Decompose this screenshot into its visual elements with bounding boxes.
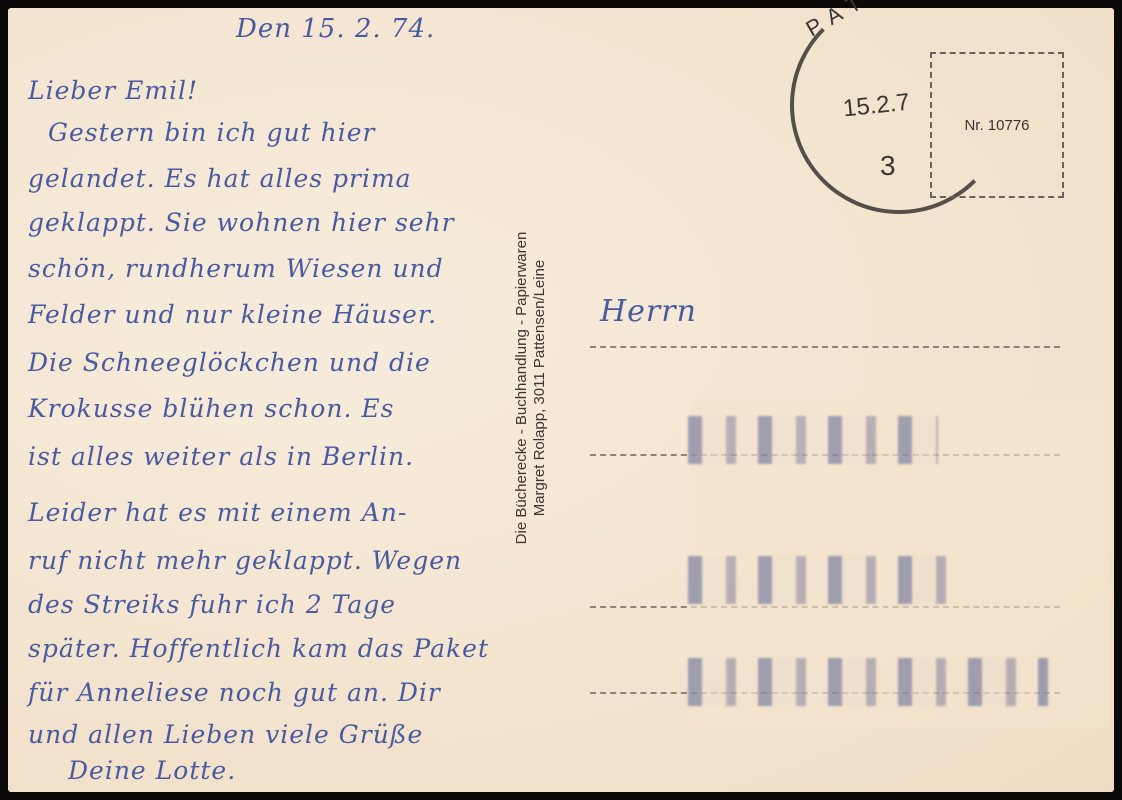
message-line: schön, rundherum Wiesen und: [28, 254, 444, 283]
address-line-1: [590, 346, 1060, 348]
imprint-line-1: Die Bücherecke - Buchhandlung - Papierwa…: [513, 178, 531, 598]
redacted-city: [688, 658, 1048, 706]
message-line: Felder und nur kleine Häuser.: [28, 300, 437, 329]
redacted-street: [688, 556, 948, 604]
message-line: des Streiks fuhr ich 2 Tage: [28, 590, 396, 619]
letter-date: Den 15. 2. 74.: [236, 14, 435, 44]
message-line: und allen Lieben viele Grüße: [28, 720, 423, 749]
message-line: ruf nicht mehr geklappt. Wegen: [28, 546, 462, 575]
greeting: Lieber Emil!: [28, 76, 198, 105]
postmark-number: 3: [880, 150, 896, 182]
stamp-box: Nr. 10776: [930, 52, 1064, 198]
message-line: geklappt. Sie wohnen hier sehr: [28, 208, 455, 237]
message-line: Leider hat es mit einem An-: [28, 498, 407, 527]
message-line: für Anneliese noch gut an. Dir: [28, 678, 441, 707]
message-line: Gestern bin ich gut hier: [48, 118, 375, 147]
publisher-imprint: Die Bücherecke - Buchhandlung - Papierwa…: [513, 178, 573, 598]
message-line: gelandet. Es hat alles prima: [28, 164, 412, 193]
message-line: Die Schneeglöckchen und die: [28, 348, 431, 377]
message-line: später. Hoffentlich kam das Paket: [28, 634, 489, 663]
message-line: Krokusse blühen schon. Es: [28, 394, 394, 423]
message-line: ist alles weiter als in Berlin.: [28, 442, 414, 471]
card-number: Nr. 10776: [964, 117, 1029, 134]
signature: Deine Lotte.: [68, 756, 236, 785]
imprint-line-2: Margret Rolapp, 3011 Pattensen/Leine: [531, 178, 549, 598]
redacted-name: [688, 416, 938, 464]
postcard: Den 15. 2. 74. Lieber Emil! Gestern bin …: [8, 8, 1114, 792]
address-salutation: Herrn: [600, 294, 697, 329]
